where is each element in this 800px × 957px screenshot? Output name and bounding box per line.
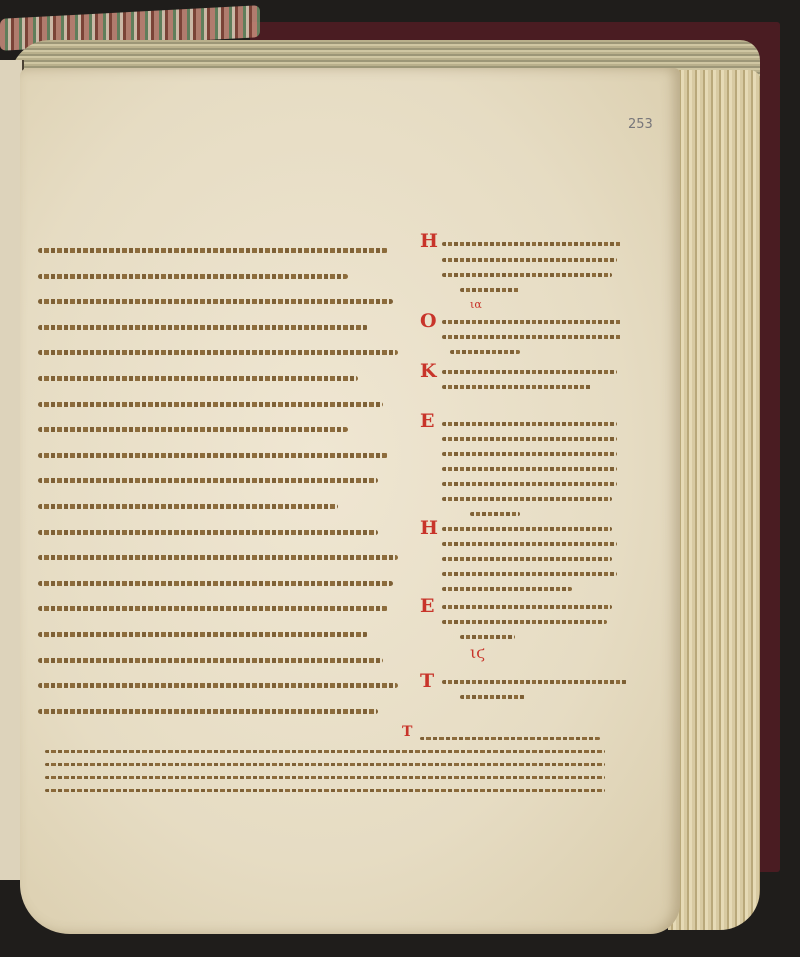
footnote-block: Τ	[45, 732, 610, 797]
text-line	[38, 522, 408, 544]
text-line	[38, 240, 408, 262]
text-line	[38, 650, 408, 672]
red-initial: Η	[420, 230, 438, 252]
text-line	[38, 675, 408, 697]
text-line	[45, 784, 610, 797]
red-initial: Ε	[420, 410, 434, 432]
red-initial: Τ	[420, 670, 434, 692]
text-line	[38, 470, 408, 492]
text-line	[38, 624, 408, 646]
left-text-column	[38, 240, 408, 726]
text-line	[38, 547, 408, 569]
text-line	[38, 445, 408, 467]
text-line	[38, 701, 408, 723]
text-line	[45, 771, 610, 784]
text-line	[45, 758, 610, 771]
section-mark: ιϛ	[470, 643, 485, 662]
text-line	[38, 394, 408, 416]
red-initial: Κ	[420, 360, 437, 382]
text-line	[38, 317, 408, 339]
text-line	[38, 496, 408, 518]
section-mark: ια	[470, 298, 482, 311]
red-initial: Ε	[420, 595, 434, 617]
text-line	[38, 342, 408, 364]
red-initial: Ο	[420, 310, 437, 332]
text-line	[45, 732, 610, 745]
page-block-fore-edge	[668, 70, 760, 930]
folio-number: 253	[628, 117, 653, 132]
text-line	[38, 266, 408, 288]
text-line	[38, 573, 408, 595]
text-line	[45, 745, 610, 758]
red-initial: Η	[420, 517, 438, 539]
text-line	[38, 368, 408, 390]
text-line	[38, 598, 408, 620]
text-line	[38, 291, 408, 313]
text-line	[38, 419, 408, 441]
